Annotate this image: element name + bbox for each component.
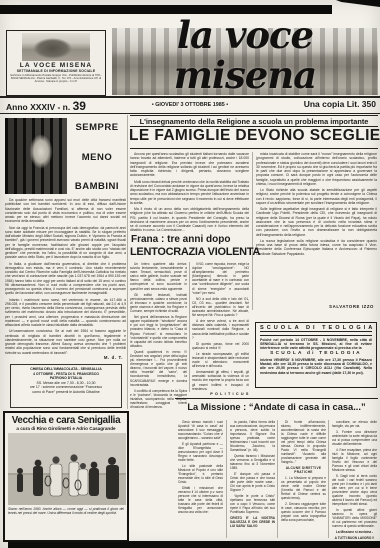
- lead-paragraph: Sulle legittime aspettative degli insegn…: [256, 207, 377, 237]
- missione-directive-item: conciliare, un elenco delle famiglie, vi…: [332, 420, 377, 428]
- frana-paragraph: Di questo passo, forse nel 2000 qualcuno…: [192, 342, 249, 350]
- lead-column-1: Ancora per quest'anno scolastico gli stu…: [130, 152, 249, 232]
- bambini-headline-line3: BAMBINI: [68, 181, 126, 192]
- lead-paragraph: Molti sono rimasti delusi perché credeva…: [130, 180, 249, 206]
- scuola-double-rule: [260, 331, 372, 335]
- missione-paragraph: Lo stile pastorale della Missione al Pop…: [178, 464, 223, 484]
- missione-directives-heading: ALCUNE DIRETTIVE PRATICHE: [281, 466, 326, 474]
- chiesa-line: uomo di Pace” presenti le Autorità Citta…: [14, 390, 118, 395]
- paper-fineprint: Iscrizione in Abbonamento Postale Gruppo…: [9, 74, 103, 84]
- frana-paragraph: Le strade scompassate, gli edifici lesio…: [192, 352, 249, 368]
- missione-directive-item: In questi ultimi giorni saranno in opera…: [332, 508, 377, 528]
- lead-paragraph: Ma il rinvio di un anno della non obblig…: [130, 207, 249, 232]
- rule-above-dateline: [0, 96, 380, 98]
- frana-paragraph: Un intero quartiere alla deriva: scivola…: [130, 262, 187, 291]
- bambini-article-body: Da qualche settimana sono apparsi sui mu…: [5, 198, 126, 354]
- scuola-box-header: SCUOLA DI TEOLOGIA: [260, 326, 372, 330]
- missione-directive-item: 3. Fornire una direzione ambientale: la …: [332, 430, 377, 446]
- column-rule-missione-1: [226, 420, 227, 538]
- scuola-body: inizierà VENERDI' 8 NOVEMBRE, alle ore 1…: [260, 358, 372, 375]
- frana-kicker: Frana : tre anni dopo: [131, 234, 230, 245]
- frana-paragraph: Gli edifici lesionati, inclinati pericol…: [130, 293, 187, 313]
- missione-headline: La Missione : “Andate di casa in casa...…: [175, 402, 378, 412]
- missione-closing-line: A TUTTI BUON LAVORO !!: [332, 536, 377, 540]
- missione-paragraph: E' dunque: chi passa è Cristo che passa …: [230, 472, 275, 492]
- paper-subtitle: SETTIMANALE DI INFORMAZIONE SOCIALE: [9, 69, 103, 73]
- missione-directive-item: 1. La Missione si prepara e va presentat…: [281, 476, 326, 500]
- bambini-signature: M. d. T.: [5, 355, 123, 360]
- missione-directive-item: 5. Dagli inizi si terrà conto dei ruoli:…: [332, 474, 377, 506]
- issue-prefix: Anno XXXIV - n.: [6, 102, 70, 112]
- bambini-headline: SEMPRE MENO BAMBINI: [68, 122, 126, 192]
- lead-paragraph: Ancora per quest'anno scolastico gli stu…: [130, 152, 249, 178]
- frana-headline: LENTOCRAZIA VIOLENTA: [130, 246, 251, 258]
- column-rule-left: [127, 115, 128, 409]
- vecchia-photo-caption: Siamo nell'anno 1900. Anche allora — com…: [8, 507, 124, 515]
- bambini-paragraph: Non da oggi la Francia si preoccupa del …: [5, 226, 126, 260]
- missione-paragraph: Difatti i missionari che verranno il 14 …: [178, 486, 223, 514]
- bambini-paragraph: Intanto i matrimoni sono scesi, nel vent…: [5, 298, 126, 328]
- tennis-photo: [8, 433, 126, 505]
- missione-paragraph: Gesù stesso mandò i suoi Apostoli “di ca…: [178, 420, 223, 440]
- scuola-intro: Poiché nel periodo 14 OTTOBRE - 3 NOVEMB…: [260, 338, 372, 351]
- frana-paragraph: A che serve volerci, a tre anni di dista…: [192, 319, 249, 339]
- rule-above-kicker: [130, 115, 378, 116]
- vecchia-title: Vecchia e cara Senigallia: [8, 415, 124, 426]
- column-rule-frana: [189, 262, 190, 392]
- scan-corner-artifact: [336, 0, 380, 7]
- missione-directive-item: 4. Fare recapitare, prima che inizi la M…: [332, 448, 377, 472]
- frana-paragraph: Ammaestrati gli offesi, i sepolti, gli a…: [192, 370, 249, 390]
- missione-column-1: Gesù stesso mandò i suoi Apostoli “di ca…: [178, 420, 223, 540]
- lead-headline: LE FAMIGLIE DEVONO SCEGLIERE: [129, 127, 379, 145]
- lead-column-2: mista incaricata di stabilire come sarà …: [256, 152, 377, 302]
- column-rule-lead: [252, 152, 253, 310]
- masthead-logo-box: LA VOCE MISENA SETTIMANALE DI INFORMAZIO…: [6, 30, 106, 96]
- lead-paragraph: La nuova legislazione sulla religione sc…: [256, 239, 377, 256]
- masthead-script-title: la voce misena: [112, 15, 378, 95]
- bambini-headline-line1: SEMPRE: [68, 122, 126, 133]
- scuola-center-title: SCUOLA di TEOLOGIA: [260, 352, 372, 356]
- bambini-paragraph: In Italia, a giudicare dall'inerzia gove…: [5, 262, 126, 296]
- frana-paragraph: Il NO, come risposta, invece, esige la d…: [192, 262, 249, 295]
- bambini-headline-line2: MENO: [68, 152, 126, 163]
- vecchia-senigallia-box: Vecchia e cara Senigallia a cura di Rino…: [3, 411, 129, 542]
- bambini-paragraph: Un'osservazione conclusiva. Se ai nati d…: [5, 329, 126, 354]
- issue-number: Anno XXXIV - n. 39: [6, 99, 86, 113]
- paper-name: LA VOCE MISENA: [9, 62, 103, 69]
- missione-column-4: conciliare, un elenco delle famiglie, vi…: [332, 420, 377, 540]
- missione-paragraph: E gli Apostoli partirono e — dice l'Evan…: [178, 442, 223, 462]
- missione-column-3: Di fronte all'annuncio, stiamo, indiffer…: [281, 420, 326, 540]
- missione-paragraph: la parola, l'altra forma della sua comun…: [230, 420, 275, 452]
- missione-closing-line: La Missione si avvicina -: [332, 530, 377, 534]
- vecchia-byline: a cura di Rino Girolimetti e Adrio Casag…: [8, 426, 124, 432]
- lead-paragraph: mista incaricata di stabilire come sarà …: [256, 152, 377, 186]
- rule-above-missione: [175, 398, 378, 399]
- missione-paragraph: “Aprite le porte a Cristo” ripetiamo con…: [230, 494, 275, 514]
- bambini-paragraph: Da qualche settimana sono apparsi sui mu…: [5, 198, 126, 224]
- frana-paragraph: Nei giorni dell'amarezza la Regione appa…: [130, 315, 187, 348]
- scan-bottom-black-bar: [8, 541, 380, 548]
- child-photo: [5, 118, 67, 194]
- lead-paragraph: Lo Stato richiede alla scuola statale la…: [256, 188, 377, 205]
- lead-kicker: L'insegnamento della Religione a scuola …: [130, 117, 378, 126]
- missione-directive-item: 2. Devono raggiungere tutte le case, cia…: [281, 502, 326, 522]
- frana-column-2: Il NO, come risposta, invece, esige la d…: [192, 262, 249, 390]
- rule-below-headline: [130, 148, 378, 149]
- missione-paragraph: Di fronte all'annuncio, stiamo, indiffer…: [281, 420, 326, 464]
- frana-paragraph: Quanti quadrienni in meno !!! Decisioni …: [130, 350, 187, 387]
- frana-paragraph: NO a sud della città e lato del O1, O2, …: [192, 297, 249, 317]
- rocca-photo: [22, 33, 90, 61]
- frana-signature: P O L I T I C U S: [192, 392, 249, 396]
- column-rule-missione-3: [328, 420, 329, 538]
- missione-caps-statement: CRISTO E' LA NOSTRA SALVEZZA E CHI CREDE…: [230, 516, 275, 528]
- scuola-teologia-box: SCUOLA DI TEOLOGIA Poiché nel periodo 14…: [255, 322, 377, 388]
- issue-num: 39: [73, 99, 86, 113]
- publication-date: • GIOVEDI' 3 OTTOBRE 1985 •: [115, 102, 265, 108]
- lead-signature: SALVATORE IZZO: [256, 304, 374, 309]
- copy-price: Una copia Lit. 350: [304, 99, 376, 109]
- newspaper-front-page: LA VOCE MISENA SETTIMANALE DI INFORMAZIO…: [0, 0, 380, 548]
- column-rule-missione-2: [277, 420, 278, 538]
- missione-paragraph: Questo faranno i Missionari che verranno…: [230, 454, 275, 470]
- missione-column-2: la parola, l'altra forma della sua comun…: [230, 420, 275, 540]
- chiesa-announcement-box: CHIESA DELL'IMMACOLATA - SENIGALLIA 4 OT…: [10, 364, 122, 408]
- masthead-panorama-photo: la voce misena: [112, 28, 378, 95]
